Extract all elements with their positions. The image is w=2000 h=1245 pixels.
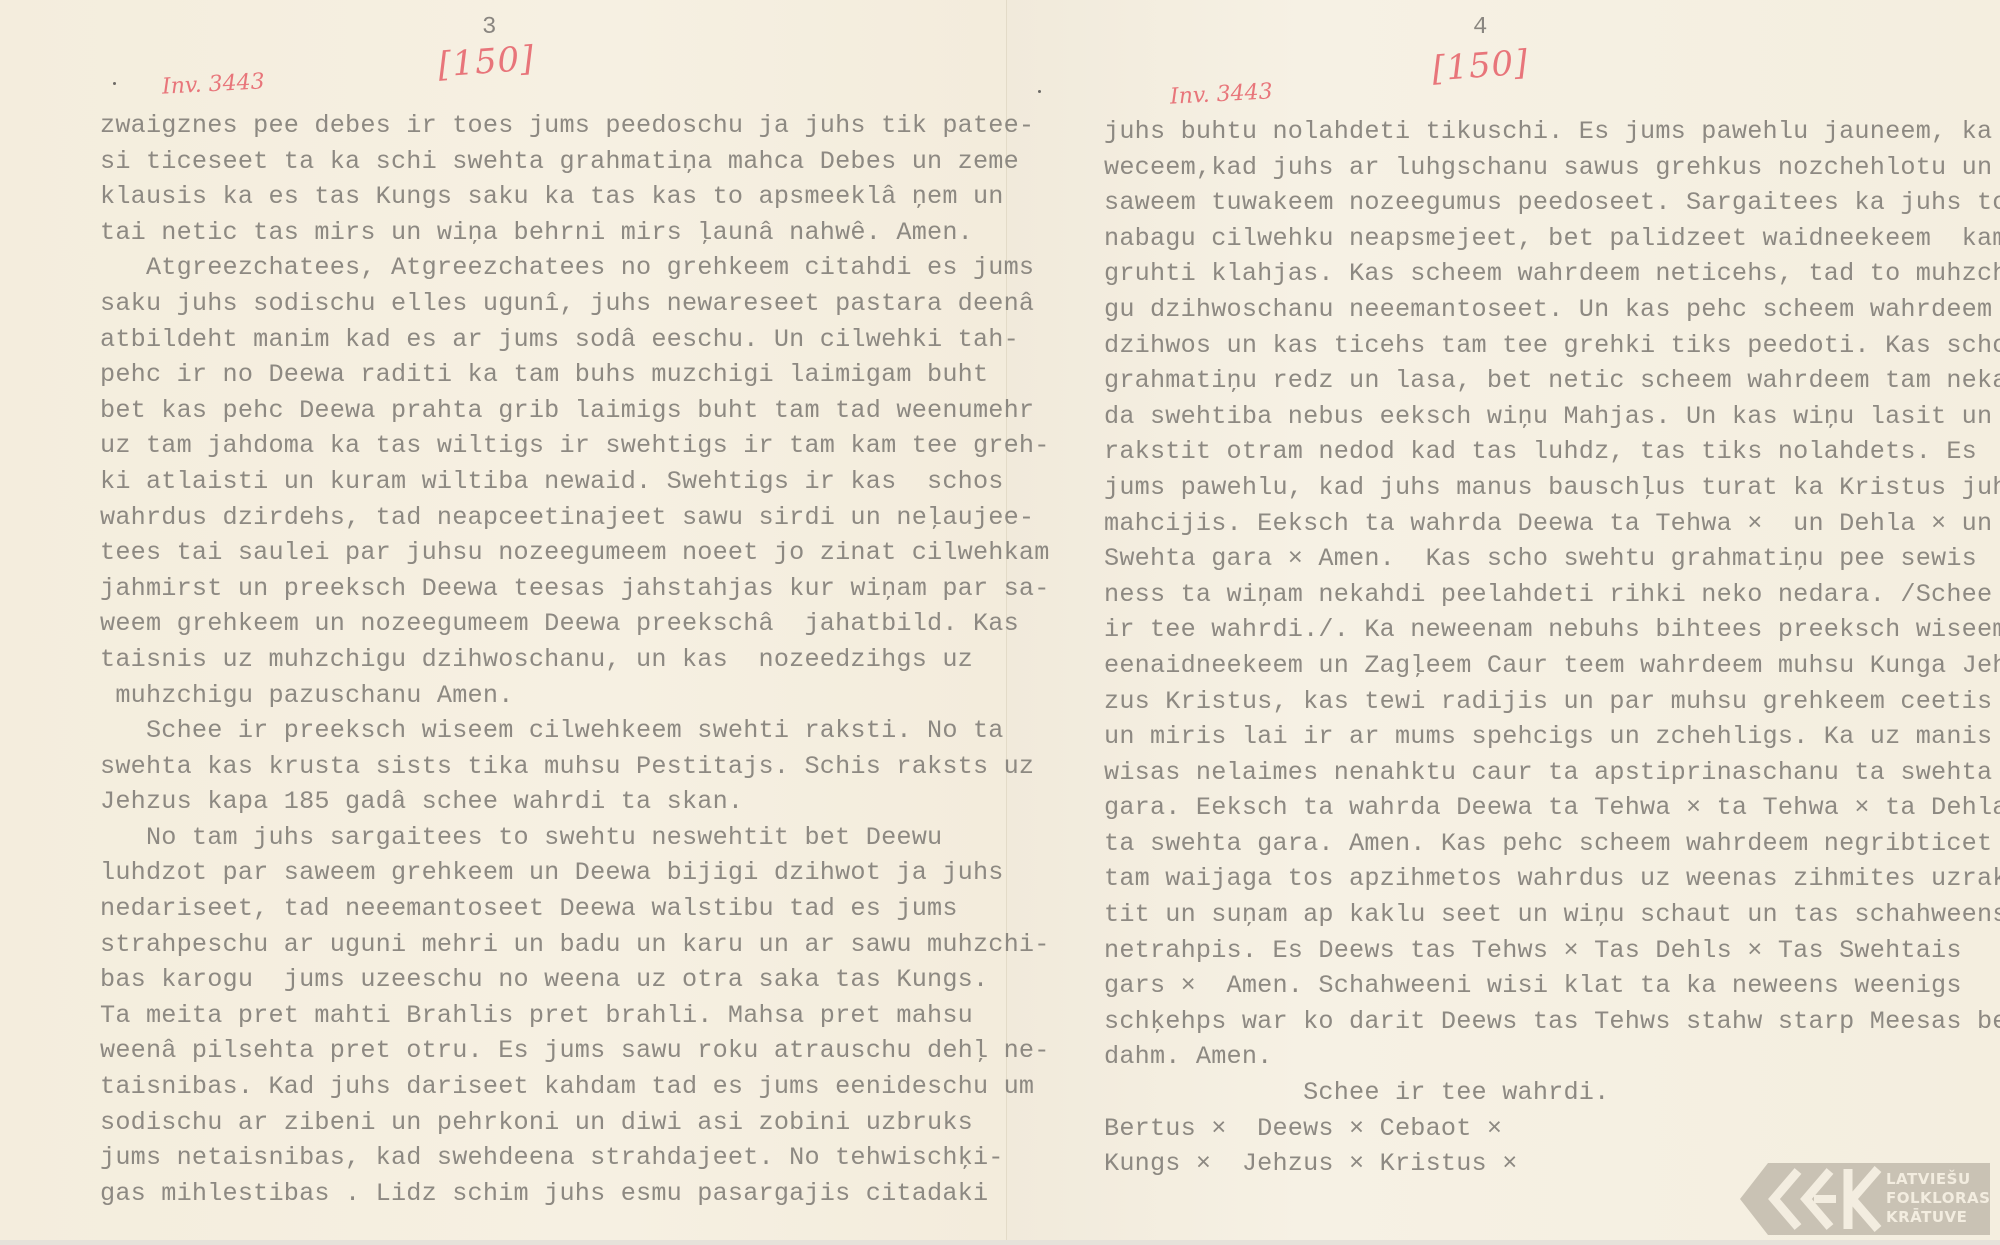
- text-line: un miris lai ir ar mums spehcigs un zche…: [1104, 719, 2000, 755]
- right-bracket-annotation: [150]: [1431, 43, 1530, 90]
- text-line: Schee ir tee wahrdi.: [1104, 1075, 2000, 1111]
- ink-speck: [113, 82, 116, 85]
- text-line: schķehps war ko darit Deews tas Tehws st…: [1104, 1004, 2000, 1040]
- text-line: tai netic tas mirs un wiņa behrni mirs ļ…: [100, 215, 1050, 251]
- logo-line: FOLKLORAS: [1886, 1189, 1990, 1208]
- text-line: gara. Eeksch ta wahrda Deewa ta Tehwa × …: [1104, 790, 2000, 826]
- text-line: Schee ir preeksch wiseem cilwehkeem sweh…: [100, 713, 1050, 749]
- text-line: netrahpis. Es Deews tas Tehws × Tas Dehl…: [1104, 933, 2000, 969]
- text-line: ta swehta gara. Amen. Kas pehc scheem wa…: [1104, 826, 2000, 862]
- text-line: ness ta wiņam nekahdi peelahdeti rihki n…: [1104, 577, 2000, 613]
- text-line: Atgreezchatees, Atgreezchatees no grehke…: [100, 250, 1050, 286]
- text-line: gu dzihwoschanu neeemantoseet. Un kas pe…: [1104, 292, 2000, 328]
- text-line: wahrdus dzirdehs, tad neapceetinajeet sa…: [100, 500, 1050, 536]
- text-line: muhzchigu pazuschanu Amen.: [100, 678, 1050, 714]
- text-line: strahpeschu ar uguni mehri un badu un ka…: [100, 927, 1050, 963]
- text-line: Bertus × Deews × Cebaot ×: [1104, 1111, 2000, 1147]
- text-line: gars × Amen. Schahweeni wisi klat ta ka …: [1104, 968, 2000, 1004]
- text-line: atbildeht manim kad es ar jums sodâ eesc…: [100, 322, 1050, 358]
- text-line: dahm. Amen.: [1104, 1039, 2000, 1075]
- logo-line: LATVIEŠU: [1886, 1170, 1990, 1189]
- text-line: No tam juhs sargaitees to swehtu nesweht…: [100, 820, 1050, 856]
- text-line: weceem,kad juhs ar luhgschanu sawus greh…: [1104, 150, 2000, 186]
- left-inventory-annotation: Inv. 3443: [161, 69, 265, 99]
- text-line: taisnis uz muhzchigu dzihwoschanu, un ka…: [100, 642, 1050, 678]
- text-line: saku juhs sodischu elles ugunî, juhs new…: [100, 286, 1050, 322]
- text-line: tit un suņam ap kaklu seet un wiņu schau…: [1104, 897, 2000, 933]
- logo-line: KRĀTUVE: [1886, 1208, 1990, 1227]
- text-line: pehc ir no Deewa raditi ka tam buhs muzc…: [100, 357, 1050, 393]
- text-line: Jehzus kapa 185 gadâ schee wahrdi ta ska…: [100, 784, 1050, 820]
- text-line: gruhti klahjas. Kas scheem wahrdeem neti…: [1104, 256, 2000, 292]
- text-line: bas karogu jums uzeeschu no weena uz otr…: [100, 962, 1050, 998]
- text-line: grahmatiņu redz un lasa, bet netic schee…: [1104, 363, 2000, 399]
- archive-logo-text: LATVIEŠU FOLKLORAS KRĀTUVE: [1886, 1170, 1990, 1227]
- text-line: uz tam jahdoma ka tas wiltigs ir swehtig…: [100, 428, 1050, 464]
- text-line: jums pawehlu, kad juhs manus bauschļus t…: [1104, 470, 2000, 506]
- text-line: taisnibas. Kad juhs dariseet kahdam tad …: [100, 1069, 1050, 1105]
- text-line: tam waijaga tos apzihmetos wahrdus uz we…: [1104, 861, 2000, 897]
- left-page-text: zwaigznes pee debes ir toes jums peedosc…: [100, 108, 1050, 1211]
- text-line: sodischu ar zibeni un pehrkoni un diwi a…: [100, 1105, 1050, 1141]
- scan-bottom-edge: [0, 1240, 2000, 1245]
- text-line: rakstit otram nedod kad tas luhdz, tas t…: [1104, 434, 2000, 470]
- right-page-number: 4: [1473, 14, 1487, 41]
- text-line: klausis ka es tas Kungs saku ka tas kas …: [100, 179, 1050, 215]
- text-line: weenâ pilsehta pret otru. Es jums sawu r…: [100, 1033, 1050, 1069]
- text-line: si ticeseet ta ka schi swehta grahmatiņa…: [100, 144, 1050, 180]
- text-line: zus Kristus, kas tewi radijis un par muh…: [1104, 684, 2000, 720]
- text-line: eenaidneekeem un Zagļeem Caur teem wahrd…: [1104, 648, 2000, 684]
- text-line: luhdzot par saweem grehkeem un Deewa bij…: [100, 855, 1050, 891]
- text-line: zwaigznes pee debes ir toes jums peedosc…: [100, 108, 1050, 144]
- text-line: nabagu cilwehku neapsmejeet, bet palidze…: [1104, 221, 2000, 257]
- text-line: dzihwos un kas ticehs tam tee grehki tik…: [1104, 328, 2000, 364]
- left-page-number: 3: [482, 14, 496, 41]
- left-bracket-annotation: [150]: [437, 39, 536, 86]
- text-line: wisas nelaimes nenahktu caur ta apstipri…: [1104, 755, 2000, 791]
- text-line: tees tai saulei par juhsu nozeegumeem no…: [100, 535, 1050, 571]
- text-line: saweem tuwakeem nozeegumus peedoseet. Sa…: [1104, 185, 2000, 221]
- text-line: nedariseet, tad neeemantoseet Deewa wals…: [100, 891, 1050, 927]
- text-line: gas mihlestibas . Lidz schim juhs esmu p…: [100, 1176, 1050, 1212]
- text-line: Swehta gara × Amen. Kas scho swehtu grah…: [1104, 541, 2000, 577]
- text-line: weem grehkeem un nozeegumeem Deewa preek…: [100, 606, 1050, 642]
- text-line: swehta kas krusta sists tika muhsu Pesti…: [100, 749, 1050, 785]
- right-inventory-annotation: Inv. 3443: [1169, 79, 1273, 109]
- text-line: da swehtiba nebus eeksch wiņu Mahjas. Un…: [1104, 399, 2000, 435]
- text-line: bet kas pehc Deewa prahta grib laimigs b…: [100, 393, 1050, 429]
- text-line: ir tee wahrdi./. Ka neweenam nebuhs biht…: [1104, 612, 2000, 648]
- text-line: ki atlaisti un kuram wiltiba newaid. Swe…: [100, 464, 1050, 500]
- text-line: jums netaisnibas, kad swehdeena strahdaj…: [100, 1140, 1050, 1176]
- text-line: mahcijis. Eeksch ta wahrda Deewa ta Tehw…: [1104, 506, 2000, 542]
- text-line: Ta meita pret mahti Brahlis pret brahli.…: [100, 998, 1050, 1034]
- ink-speck: [1038, 90, 1041, 93]
- text-line: jahmirst un preeksch Deewa teesas jahsta…: [100, 571, 1050, 607]
- right-page-text: juhs buhtu nolahdeti tikuschi. Es jums p…: [1104, 114, 2000, 1182]
- text-line: juhs buhtu nolahdeti tikuschi. Es jums p…: [1104, 114, 2000, 150]
